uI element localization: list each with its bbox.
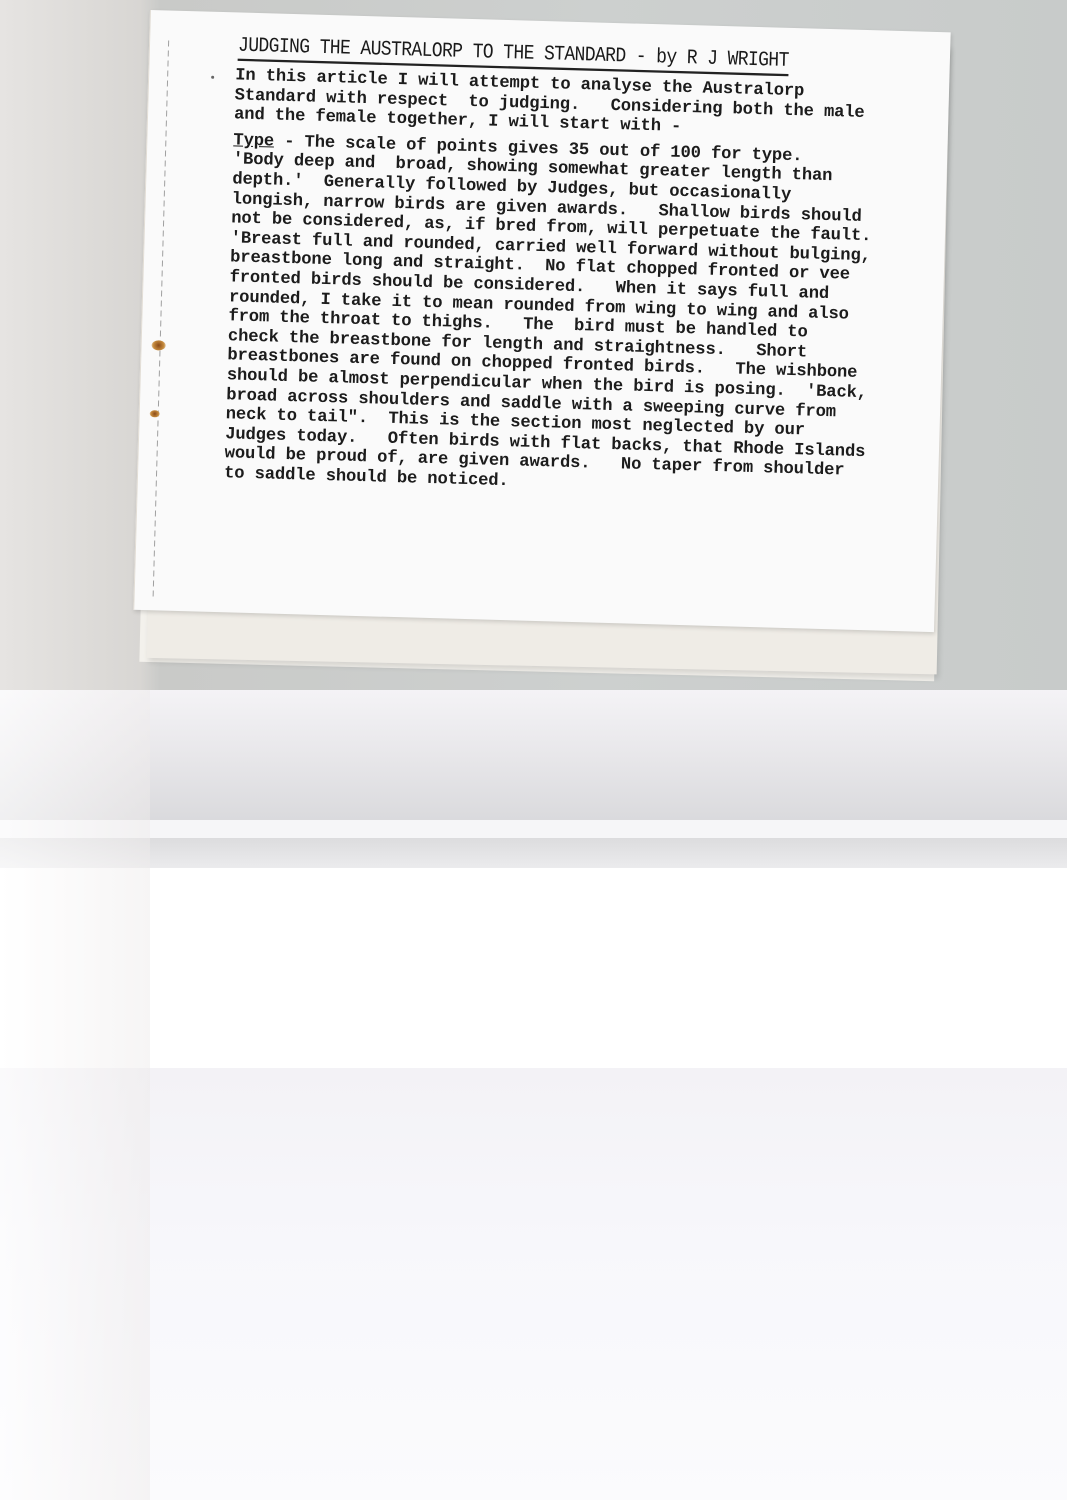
scan-band [0,690,1067,820]
staple-rust-mark [152,340,166,350]
margin-rule [153,41,170,601]
scan-shadow [0,690,150,1500]
scan-band [0,838,1067,868]
document-body: In this article I will attempt to analys… [224,66,935,503]
document-page: JUDGING THE AUSTRALORP TO THE STANDARD -… [133,10,950,632]
scan-band [0,820,1067,838]
scan-band [0,1068,1067,1500]
staple-rust-mark [150,410,160,417]
speck [211,76,214,79]
scan-band [0,868,1067,1068]
section-heading: Type [233,131,274,151]
